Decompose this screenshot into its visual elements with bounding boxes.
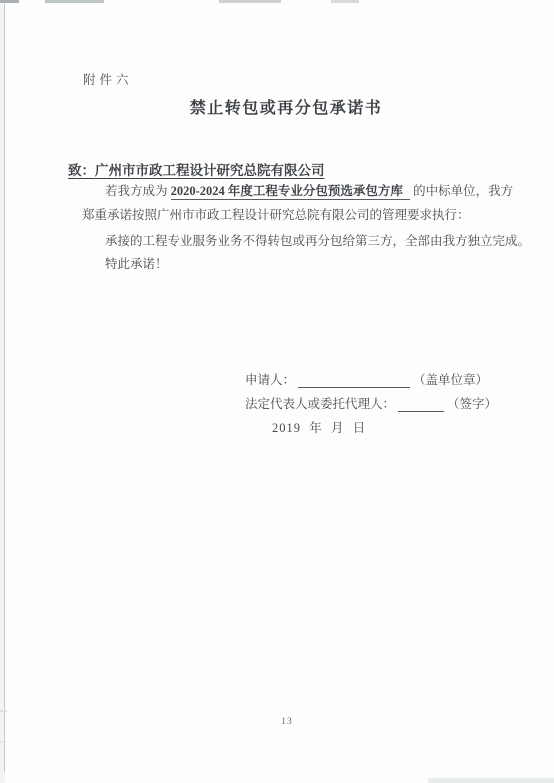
applicant-blank-line <box>298 374 410 388</box>
paragraph1-prefix: 若我方成为 <box>105 184 171 198</box>
scan-top-artifact <box>0 0 19 3</box>
applicant-note: （盖单位章） <box>413 373 488 387</box>
scan-top-artifact <box>45 0 104 3</box>
scan-top-artifact <box>331 0 359 3</box>
paragraph2: 承接的工程专业服务业务不得转包或再分包给第三方，全部由我方独立完成。 <box>105 234 530 249</box>
document-page: 附件六 禁止转包或再分包承诺书 致：广州市市政工程设计研究总院有限公司 若我方成… <box>0 0 554 783</box>
date-line: 2019 年 月 日 <box>272 418 366 436</box>
legal-rep-note: （签字） <box>447 397 497 411</box>
legal-rep-signature-line: 法定代表人或委托代理人：（签字） <box>245 394 497 412</box>
document-title: 禁止转包或再分包承诺书 <box>190 100 383 117</box>
applicant-signature-line: 申请人：（盖单位章） <box>245 370 488 388</box>
scan-bottom-edge-strip <box>428 778 554 783</box>
paragraph1-line2: 郑重承诺按照广州市市政工程设计研究总院有限公司的管理要求执行： <box>82 208 470 223</box>
title-row: 禁止转包或再分包承诺书 <box>0 95 554 118</box>
legal-rep-blank-line <box>398 398 444 412</box>
scan-left-artifact <box>0 741 6 743</box>
legal-rep-label: 法定代表人或委托代理人： <box>245 397 395 411</box>
applicant-label: 申请人： <box>245 373 295 387</box>
scan-top-artifact <box>219 0 281 3</box>
paragraph1-line1: 若我方成为 2020-2024 年度工程专业分包预选承包方库 的中标单位，我方 <box>105 184 513 199</box>
page-number: 13 <box>281 717 293 727</box>
attachment-label: 附件六 <box>83 70 133 88</box>
page-number-row: 13 <box>0 711 554 729</box>
paragraph3: 特此承诺！ <box>105 257 168 272</box>
paragraph1-suffix: 的中标单位，我方 <box>410 184 513 198</box>
recipient-line: 致：广州市市政工程设计研究总院有限公司 <box>68 159 325 179</box>
scan-left-edge-line <box>4 4 5 772</box>
paragraph1-underlined-term: 2020-2024 年度工程专业分包预选承包方库 <box>171 184 410 200</box>
